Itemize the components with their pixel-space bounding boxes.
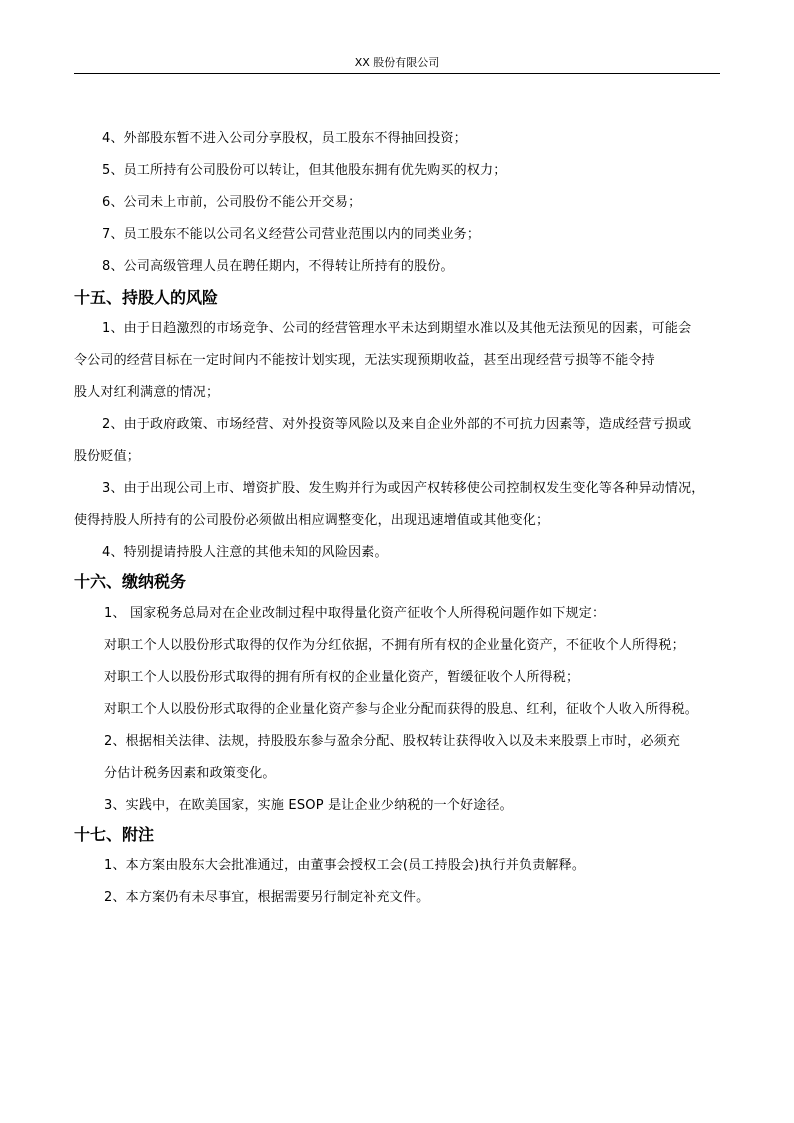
page-header: XX 股份有限公司 bbox=[74, 56, 720, 70]
section-heading: 十六、缴纳税务 bbox=[74, 572, 186, 592]
paragraph-line: 对职工个人以股份形式取得的拥有所有权的企业量化资产，暂缓征收个人所得税； bbox=[104, 670, 579, 686]
list-item: 8、公司高级管理人员在聘任期内，不得转让所持有的股份。 bbox=[102, 259, 454, 275]
paragraph-line: 1、由于日趋激烈的市场竞争、公司的经营管理水平未达到期望水准以及其他无法预见的因… bbox=[102, 321, 691, 337]
paragraph-line: 对职工个人以股份形式取得的企业量化资产参与企业分配而获得的股息、红利，征收个人收… bbox=[104, 702, 698, 718]
paragraph-line: 2、本方案仍有未尽事宜，根据需要另行制定补充文件。 bbox=[104, 890, 429, 906]
section-heading: 十七、附注 bbox=[74, 825, 154, 845]
paragraph-line: 令公司的经营目标在一定时间内不能按计划实现，无法实现预期收益，甚至出现经营亏损等… bbox=[74, 353, 655, 369]
paragraph-line: 4、特别提请持股人注意的其他未知的风险因素。 bbox=[102, 545, 388, 561]
paragraph-line: 2、根据相关法律、法规，持股股东参与盈余分配、股权转让获得收入以及未来股票上市时… bbox=[104, 734, 680, 750]
list-item: 6、公司未上市前，公司股份不能公开交易； bbox=[102, 195, 361, 211]
list-item: 7、员工股东不能以公司名义经营公司营业范围以内的同类业务； bbox=[102, 227, 480, 243]
paragraph-line: 使得持股人所持有的公司股份必须做出相应调整变化，出现迅速增值或其他变化； bbox=[74, 513, 549, 529]
section-heading: 十五、持股人的风险 bbox=[74, 288, 218, 308]
paragraph-line: 股人对红利满意的情况； bbox=[74, 385, 219, 401]
paragraph-line: 1、 国家税务总局对在企业改制过程中取得量化资产征收个人所得税问题作如下规定： bbox=[104, 606, 605, 622]
paragraph-line: 对职工个人以股份形式取得的仅作为分红依据，不拥有所有权的企业量化资产，不征收个人… bbox=[104, 638, 685, 654]
paragraph-line: 3、实践中，在欧美国家，实施 ESOP 是让企业少纳税的一个好途径。 bbox=[104, 798, 513, 814]
company-name: XX 股份有限公司 bbox=[355, 56, 440, 69]
paragraph-line: 股份贬值； bbox=[74, 449, 140, 465]
list-item: 4、外部股东暂不进入公司分享股权，员工股东不得抽回投资； bbox=[102, 131, 467, 147]
list-item: 5、员工所持有公司股份可以转让，但其他股东拥有优先购买的权力； bbox=[102, 163, 506, 179]
header-divider bbox=[74, 73, 720, 74]
paragraph-line: 2、由于政府政策、市场经营、对外投资等风险以及来自企业外部的不可抗力因素等，造成… bbox=[102, 417, 691, 433]
paragraph-line: 1、本方案由股东大会批准通过，由董事会授权工会(员工持股会)执行并负责解释。 bbox=[104, 858, 585, 874]
paragraph-line: 分估计税务因素和政策变化。 bbox=[104, 766, 276, 782]
paragraph-line: 3、由于出现公司上市、增资扩股、发生购并行为或因产权转移使公司控制权发生变化等各… bbox=[102, 481, 704, 497]
